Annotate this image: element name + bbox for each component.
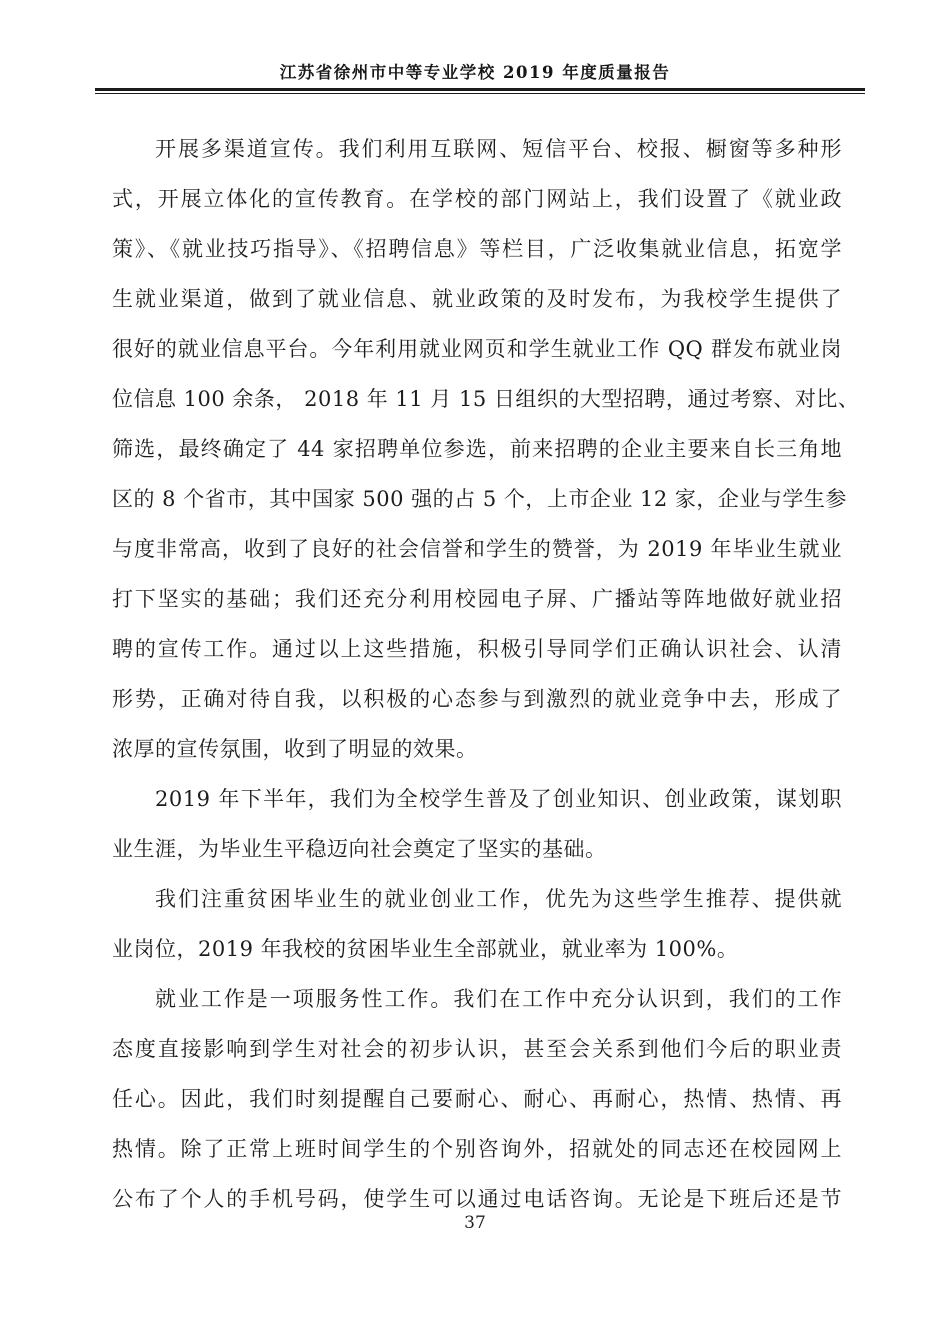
text-line: 2019 年下半年，我们为全校学生普及了创业知识、创业政策，谋划职 (112, 774, 842, 824)
text-line: 区的 8 个省市，其中国家 500 强的占 5 个，上市企业 12 家，企业与学… (112, 474, 842, 524)
text-line: 打下坚实的基础；我们还充分利用校园电子屏、广播站等阵地做好就业招 (112, 574, 842, 624)
text-line: 策》、《就业技巧指导》、《招聘信息》等栏目，广泛收集就业信息，拓宽学 (112, 224, 842, 274)
paragraph: 就业工作是一项服务性工作。我们在工作中充分认识到，我们的工作态度直接影响到学生对… (112, 974, 842, 1224)
text-line: 我们注重贫困毕业生的就业创业工作，优先为这些学生推荐、提供就 (112, 874, 842, 924)
text-line: 任心。因此，我们时刻提醒自己要耐心、耐心、再耐心，热情、热情、再 (112, 1074, 842, 1124)
text-line: 聘的宣传工作。通过以上这些措施，积极引导同学们正确认识社会、认清 (112, 624, 842, 674)
text-line: 业生涯，为毕业生平稳迈向社会奠定了坚实的基础。 (112, 824, 842, 874)
text-line: 式，开展立体化的宣传教育。在学校的部门网站上，我们设置了《就业政 (112, 174, 842, 224)
text-line: 开展多渠道宣传。我们利用互联网、短信平台、校报、橱窗等多种形 (112, 124, 842, 174)
text-line: 热情。除了正常上班时间学生的个别咨询外，招就处的同志还在校园网上 (112, 1124, 842, 1174)
paragraph: 我们注重贫困毕业生的就业创业工作，优先为这些学生推荐、提供就业岗位，2019 年… (112, 874, 842, 974)
text-line: 位信息 100 余条， 2018 年 11 月 15 日组织的大型招聘，通过考察… (112, 374, 842, 424)
paragraph: 2019 年下半年，我们为全校学生普及了创业知识、创业政策，谋划职业生涯，为毕业… (112, 774, 842, 874)
text-line: 业岗位，2019 年我校的贫困毕业生全部就业，就业率为 100%。 (112, 924, 842, 974)
paragraph: 开展多渠道宣传。我们利用互联网、短信平台、校报、橱窗等多种形式，开展立体化的宣传… (112, 124, 842, 774)
header-rule-thin-line (95, 93, 865, 94)
text-line: 与度非常高，收到了良好的社会信誉和学生的赞誉，为 2019 年毕业生就业 (112, 524, 842, 574)
text-line: 态度直接影响到学生对社会的初步认识，甚至会关系到他们今后的职业责 (112, 1024, 842, 1074)
page-number: 37 (0, 1213, 950, 1233)
text-line: 很好的就业信息平台。今年利用就业网页和学生就业工作 QQ 群发布就业岗 (112, 324, 842, 374)
header-rule-thick-line (95, 88, 865, 91)
text-line: 就业工作是一项服务性工作。我们在工作中充分认识到，我们的工作 (112, 974, 842, 1024)
text-line: 生就业渠道，做到了就业信息、就业政策的及时发布，为我校学生提供了 (112, 274, 842, 324)
text-line: 浓厚的宣传氛围，收到了明显的效果。 (112, 724, 842, 774)
page-header-title: 江苏省徐州市中等专业学校 2019 年度质量报告 (0, 59, 950, 83)
document-body: 开展多渠道宣传。我们利用互联网、短信平台、校报、橱窗等多种形式，开展立体化的宣传… (112, 124, 842, 1224)
header-rule (95, 88, 865, 94)
document-page: 江苏省徐州市中等专业学校 2019 年度质量报告 开展多渠道宣传。我们利用互联网… (0, 0, 950, 1343)
text-line: 筛选，最终确定了 44 家招聘单位参选，前来招聘的企业主要来自长三角地 (112, 424, 842, 474)
text-line: 形势，正确对待自我，以积极的心态参与到激烈的就业竞争中去，形成了 (112, 674, 842, 724)
